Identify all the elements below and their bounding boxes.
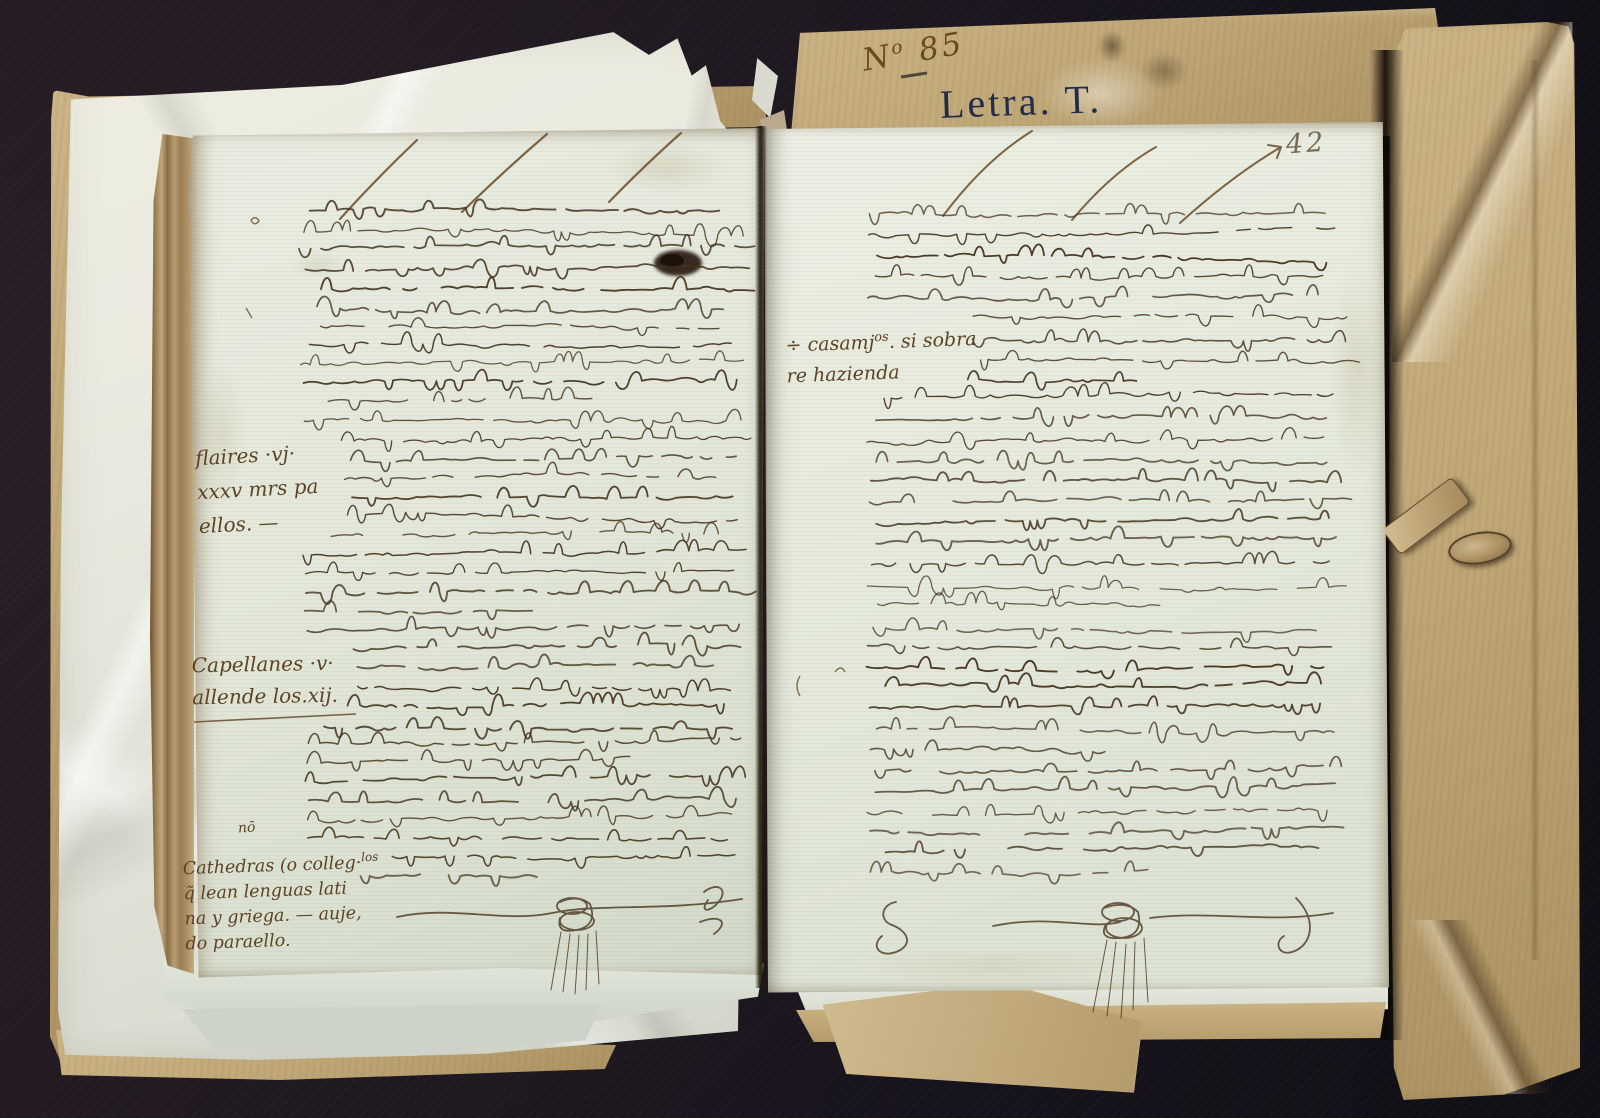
manuscript-book-photo: No 85 Letra. T. 42 flaires ·vj· xxxv mrs… — [0, 0, 1600, 1118]
right-page — [763, 122, 1389, 996]
left-page — [190, 128, 764, 980]
gutter-shadow — [755, 126, 767, 988]
page-stack-edge-left — [150, 134, 194, 974]
